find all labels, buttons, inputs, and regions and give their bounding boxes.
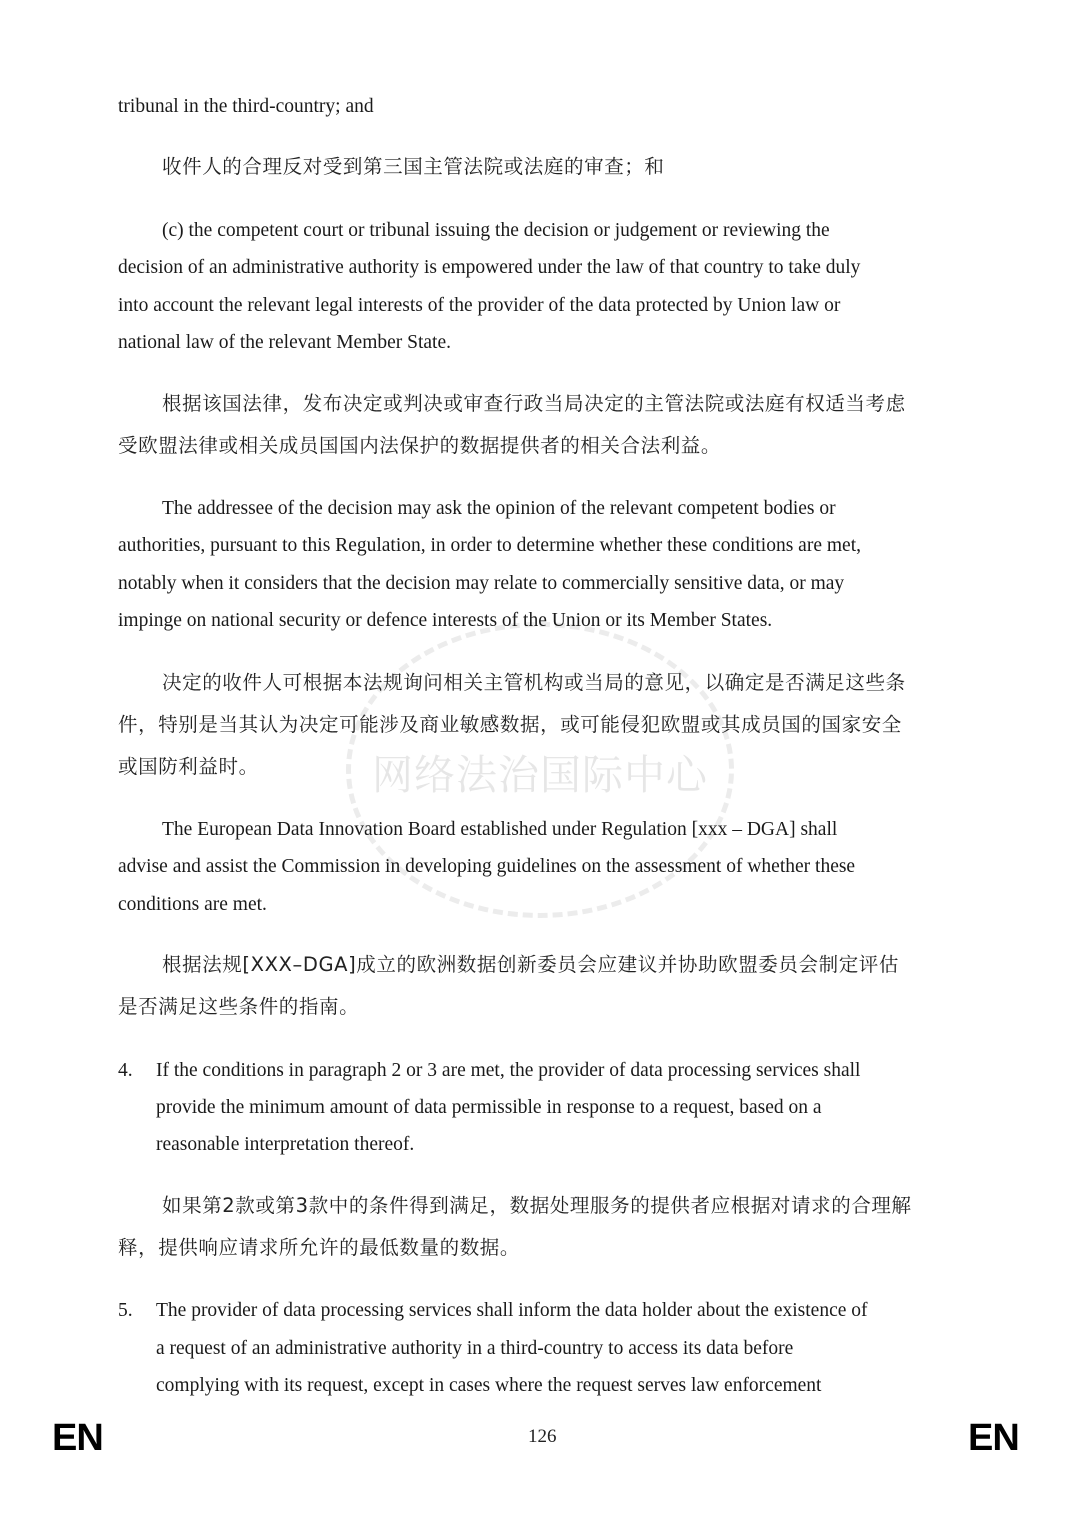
paragraph-line-cn: 根据该国法律，发布决定或判决或审查行政当局决定的主管法院或法庭有权适当考虑 [162,392,906,416]
paragraph-line-cn: 或国防利益时。 [118,755,259,779]
paragraph-line: conditions are met. [118,893,267,917]
language-mark-left: EN [52,1418,103,1458]
list-item-line: If the conditions in paragraph 2 or 3 ar… [156,1059,860,1083]
paragraph-line-cn: 受欧盟法律或相关成员国国内法保护的数据提供者的相关合法利益。 [118,434,721,458]
paragraph-line-cn: 决定的收件人可根据本法规询问相关主管机构或当局的意见，以确定是否满足这些条 [162,671,906,695]
paragraph-line-cn: 收件人的合理反对受到第三国主管法院或法庭的审查；和 [162,155,665,179]
paragraph-line: national law of the relevant Member Stat… [118,331,451,355]
list-item-line: a request of an administrative authority… [156,1337,793,1361]
paragraph-line: authorities, pursuant to this Regulation… [118,534,861,558]
paragraph-line-cn: 是否满足这些条件的指南。 [118,995,359,1019]
list-item-number: 4. [118,1059,133,1083]
paragraph-line: (c) the competent court or tribunal issu… [162,219,830,243]
list-item-line: The provider of data processing services… [156,1299,868,1323]
paragraph-line-cn: 根据法规[XXX–DGA]成立的欧洲数据创新委员会应建议并协助欧盟委员会制定评估 [162,953,899,977]
paragraph-line: The European Data Innovation Board estab… [162,818,837,842]
paragraph-line: tribunal in the third-country; and [118,95,374,119]
list-item-line: provide the minimum amount of data permi… [156,1096,822,1120]
language-mark-right: EN [968,1418,1019,1458]
list-item-line: complying with its request, except in ca… [156,1374,821,1398]
list-item-line-cn: 如果第2款或第3款中的条件得到满足，数据处理服务的提供者应根据对请求的合理解 [162,1194,912,1218]
list-item-line-cn: 释，提供响应请求所允许的最低数量的数据。 [118,1236,520,1260]
paragraph-line: notably when it considers that the decis… [118,572,844,596]
paragraph-line: advise and assist the Commission in deve… [118,855,855,879]
paragraph-line: impinge on national security or defence … [118,609,772,633]
paragraph-line: into account the relevant legal interest… [118,294,840,318]
paragraph-line: decision of an administrative authority … [118,256,860,280]
page-number: 126 [528,1426,557,1448]
document-page: 网络法治国际中心 tribunal in the third-country; … [0,0,1080,1526]
paragraph-line: The addressee of the decision may ask th… [162,497,836,521]
paragraph-line-cn: 件，特别是当其认为决定可能涉及商业敏感数据，或可能侵犯欧盟或其成员国的国家安全 [118,713,902,737]
list-item-number: 5. [118,1299,133,1323]
list-item-line: reasonable interpretation thereof. [156,1133,414,1157]
watermark-text: 网络法治国际中心 [355,742,725,801]
